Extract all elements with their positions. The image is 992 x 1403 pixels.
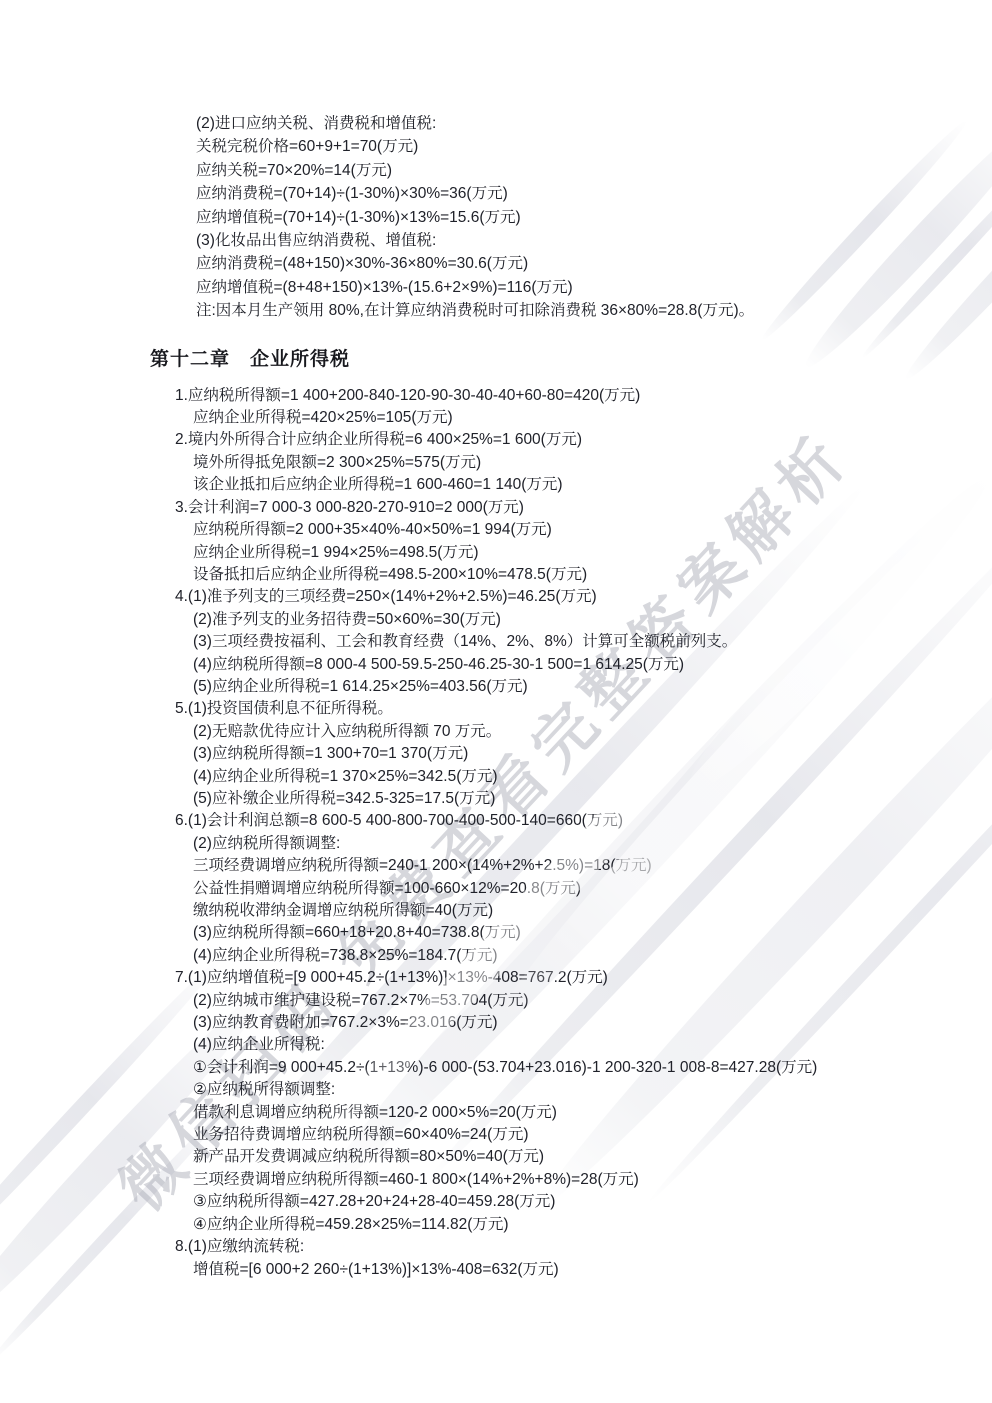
answer-line: (2)应纳城市维护建设税=767.2×7%=53.704(万元)	[0, 990, 992, 1012]
answer-line: ④应纳企业所得税=459.28×25%=114.82(万元)	[0, 1214, 992, 1236]
answer-line: 应纳企业所得税=1 994×25%=498.5(万元)	[0, 542, 992, 564]
answer-line: 2.境内外所得合计应纳企业所得税=6 400×25%=1 600(万元)	[0, 429, 992, 451]
chapter-heading: 第十二章 企业所得税	[0, 347, 992, 373]
answer-line: 关税完税价格=60+9+1=70(万元)	[0, 135, 992, 158]
answer-line: ②应纳税所得额调整:	[0, 1079, 992, 1101]
answer-line: 三项经费调增应纳税所得额=460-1 800×(14%+2%+8%)=28(万元…	[0, 1169, 992, 1191]
answer-line: ③应纳税所得额=427.28+20+24+28-40=459.28(万元)	[0, 1191, 992, 1213]
answer-line: (5)应补缴企业所得税=342.5-325=17.5(万元)	[0, 788, 992, 810]
answer-line: 业务招待费调增应纳税所得额=60×40%=24(万元)	[0, 1124, 992, 1146]
answer-line: (3)三项经费按福利、工会和教育经费（14%、2%、8%）计算可全额税前列支。	[0, 631, 992, 653]
answer-line: (4)应纳企业所得税=738.8×25%=184.7(万元)	[0, 945, 992, 967]
answer-line: (2)应纳税所得额调整:	[0, 833, 992, 855]
answer-line: 应纳企业所得税=420×25%=105(万元)	[0, 407, 992, 429]
answer-line: (3)应纳税所得额=1 300+70=1 370(万元)	[0, 743, 992, 765]
answer-line: 缴纳税收滞纳金调增应纳税所得额=40(万元)	[0, 900, 992, 922]
answer-line: (4)应纳企业所得税:	[0, 1034, 992, 1056]
answer-line: 三项经费调增应纳税所得额=240-1 200×(14%+2%+2.5%)=18(…	[0, 855, 992, 877]
answer-line: (2)进口应纳关税、消费税和增值税:	[0, 112, 992, 135]
document-content: (2)进口应纳关税、消费税和增值税: 关税完税价格=60+9+1=70(万元) …	[0, 0, 992, 1403]
answer-line: 4.(1)准予列支的三项经费=250×(14%+2%+2.5%)=46.25(万…	[0, 586, 992, 608]
answer-line: 应纳增值税=(8+48+150)×13%-(15.6+2×9%)=116(万元)	[0, 276, 992, 299]
answer-line: 7.(1)应纳增值税=[9 000+45.2÷(1+13%)]×13%-408=…	[0, 967, 992, 989]
answer-line: 应纳关税=70×20%=14(万元)	[0, 159, 992, 182]
answer-line: 应纳消费税=(70+14)÷(1-30%)×30%=36(万元)	[0, 182, 992, 205]
answer-line: 应纳增值税=(70+14)÷(1-30%)×13%=15.6(万元)	[0, 206, 992, 229]
answer-line: 公益性捐赠调增应纳税所得额=100-660×12%=20.8(万元)	[0, 878, 992, 900]
answer-line: 8.(1)应缴纳流转税:	[0, 1236, 992, 1258]
answer-line: 该企业抵扣后应纳企业所得税=1 600-460=1 140(万元)	[0, 474, 992, 496]
answer-line: (2)无赔款优待应计入应纳税所得额 70 万元。	[0, 721, 992, 743]
answer-line: 境外所得抵免限额=2 300×25%=575(万元)	[0, 452, 992, 474]
answer-line: 应纳消费税=(48+150)×30%-36×80%=30.6(万元)	[0, 252, 992, 275]
answer-line: 借款利息调增应纳税所得额=120-2 000×5%=20(万元)	[0, 1102, 992, 1124]
answer-line: (4)应纳税所得额=8 000-4 500-59.5-250-46.25-30-…	[0, 654, 992, 676]
answer-line: 3.会计利润=7 000-3 000-820-270-910=2 000(万元)	[0, 497, 992, 519]
answer-line: (3)应纳教育费附加=767.2×3%=23.016(万元)	[0, 1012, 992, 1034]
answer-line: (4)应纳企业所得税=1 370×25%=342.5(万元)	[0, 766, 992, 788]
answer-line: 注:因本月生产领用 80%,在计算应纳消费税时可扣除消费税 36×80%=28.…	[0, 299, 992, 322]
answer-line: 6.(1)会计利润总额=8 600-5 400-800-700-400-500-…	[0, 810, 992, 832]
answer-line: 5.(1)投资国债利息不征所得税。	[0, 698, 992, 720]
answer-line: (3)化妆品出售应纳消费税、增值税:	[0, 229, 992, 252]
answer-line: 1.应纳税所得额=1 400+200-840-120-90-30-40-40+6…	[0, 385, 992, 407]
answer-line: (2)准予列支的业务招待费=50×60%=30(万元)	[0, 609, 992, 631]
answer-line: 增值税=[6 000+2 260÷(1+13%)]×13%-408=632(万元…	[0, 1259, 992, 1281]
answer-line: (5)应纳企业所得税=1 614.25×25%=403.56(万元)	[0, 676, 992, 698]
answer-line: 新产品开发费调减应纳税所得额=80×50%=40(万元)	[0, 1146, 992, 1168]
answer-line: 设备抵扣后应纳企业所得税=498.5-200×10%=478.5(万元)	[0, 564, 992, 586]
answer-line: 应纳税所得额=2 000+35×40%-40×50%=1 994(万元)	[0, 519, 992, 541]
answer-line: ①会计利润=9 000+45.2÷(1+13%)-6 000-(53.704+2…	[0, 1057, 992, 1079]
answer-line: (3)应纳税所得额=660+18+20.8+40=738.8(万元)	[0, 922, 992, 944]
document-page: 微信扫码 免费查看完整答案解析 (2)进口应纳关税、消费税和增值税: 关税完税价…	[0, 0, 992, 1403]
